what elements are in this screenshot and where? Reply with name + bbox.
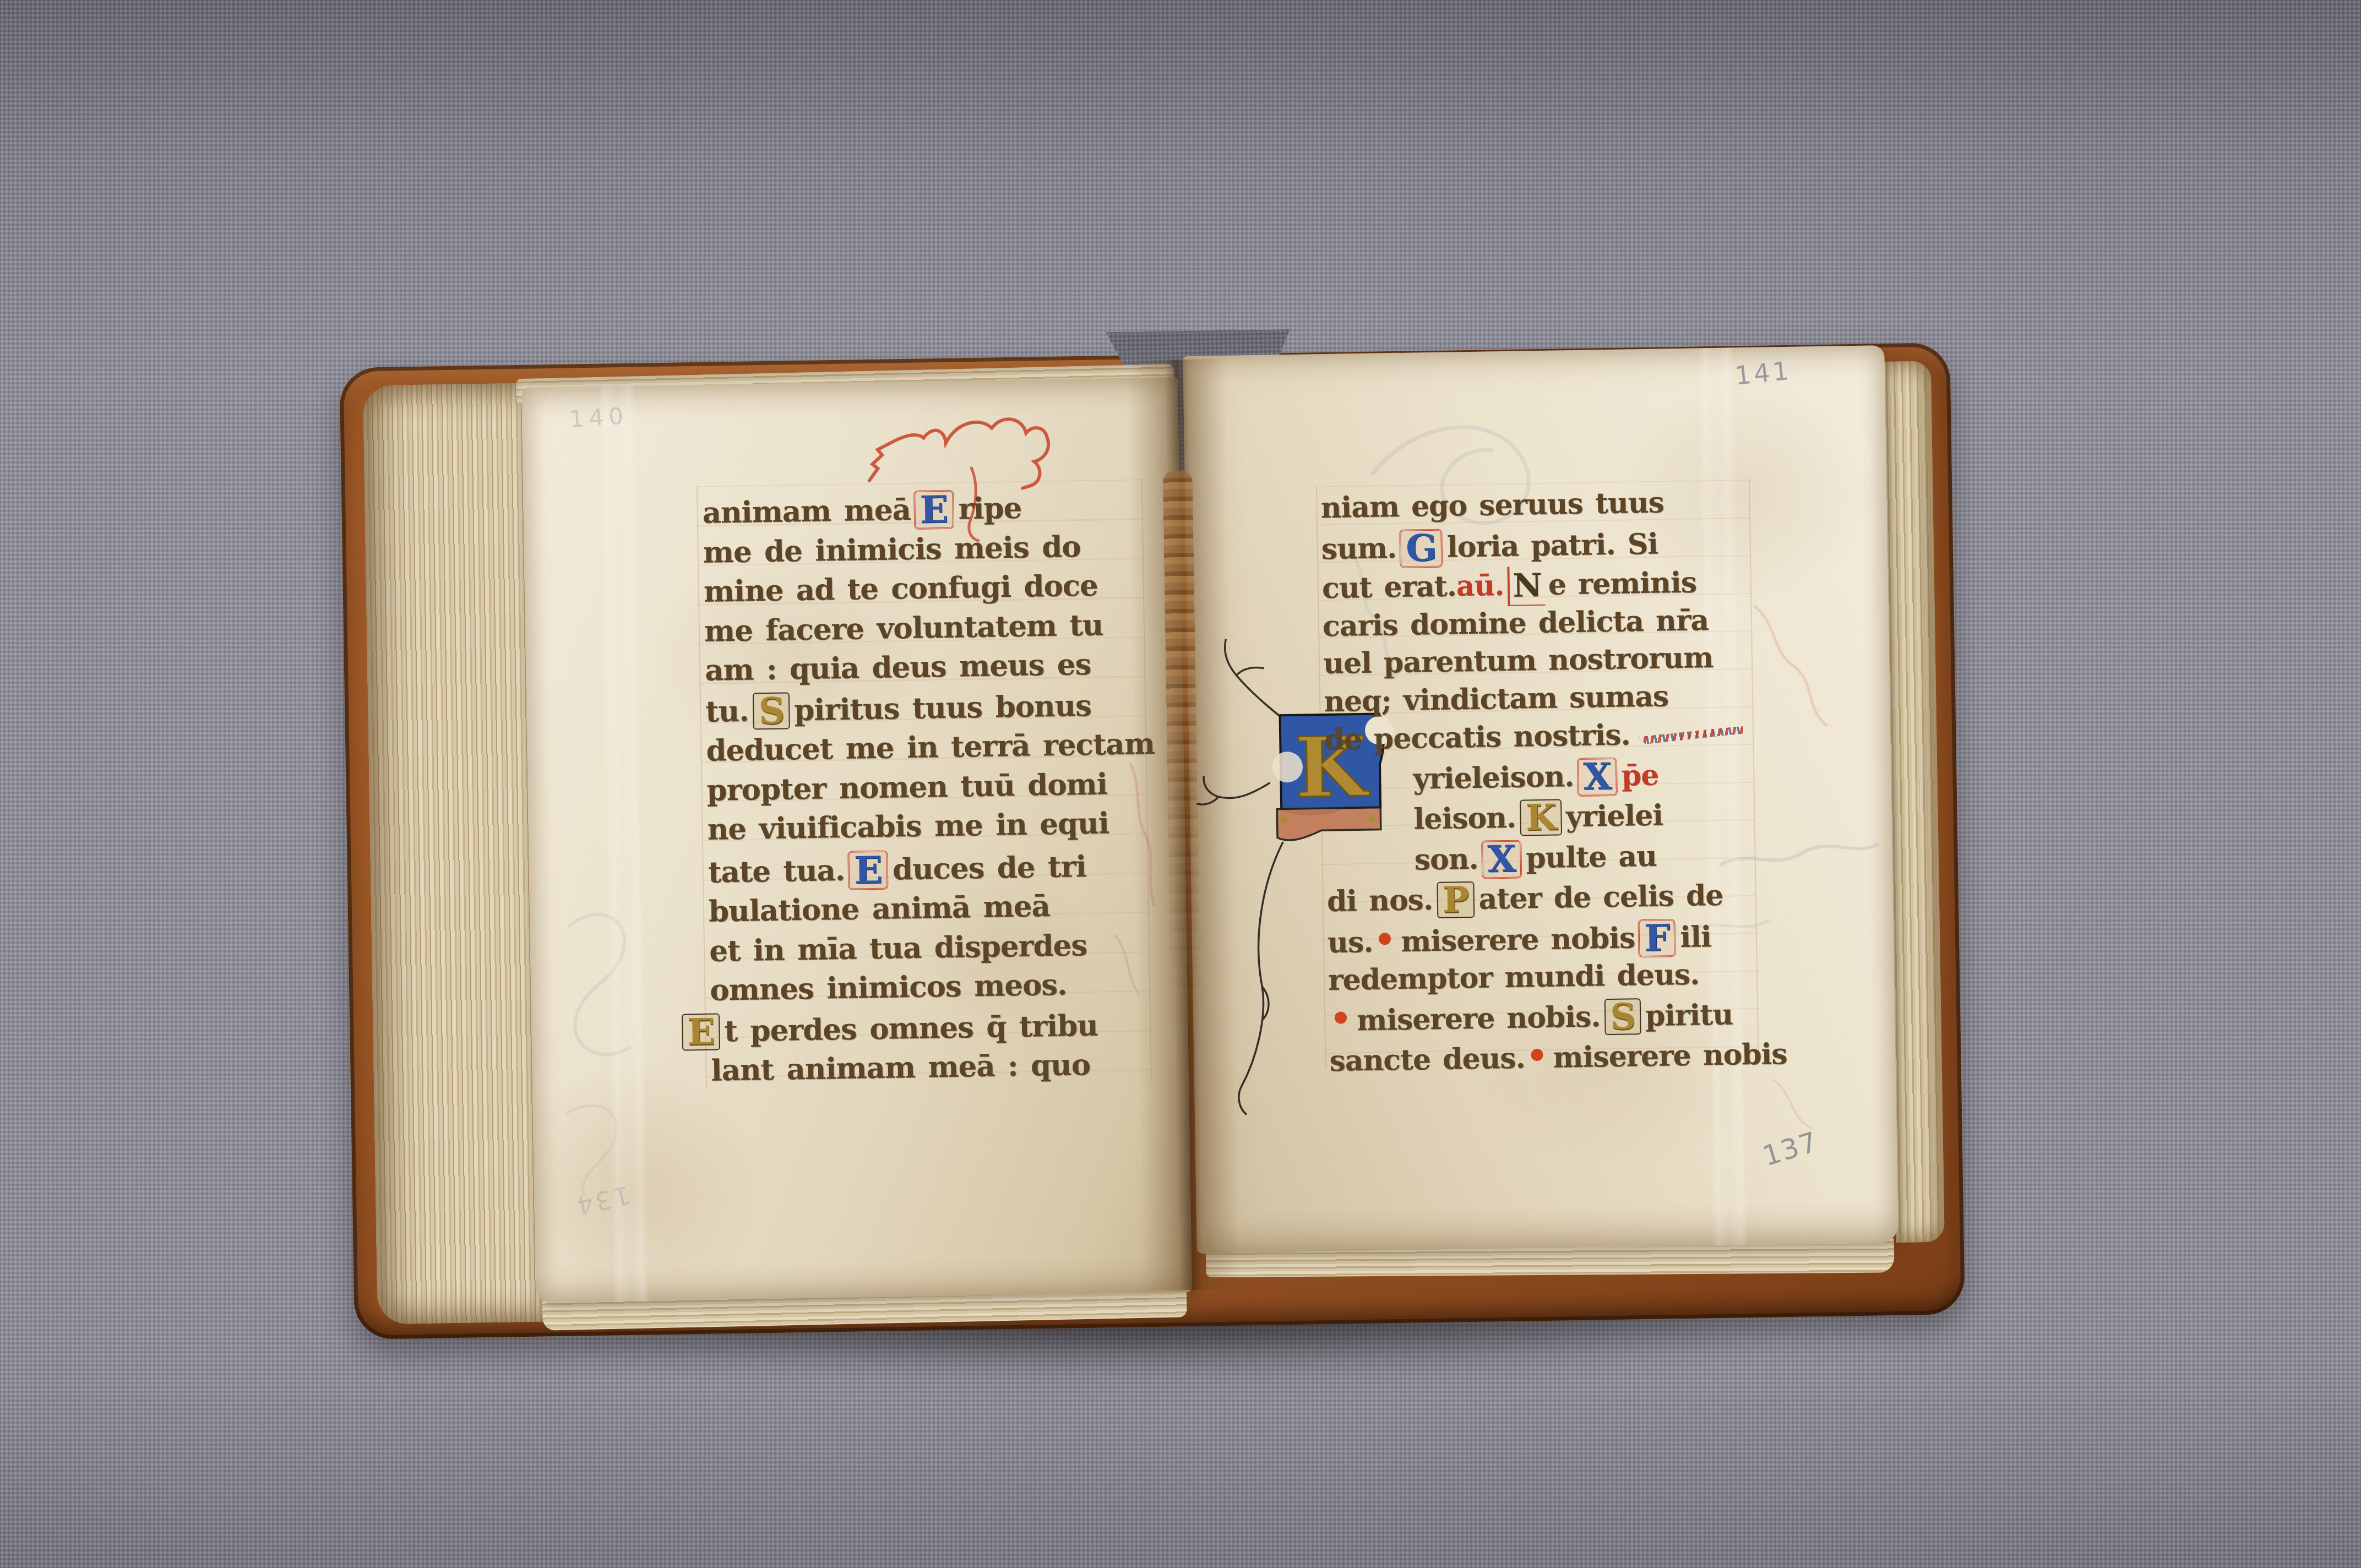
text-run: sum. bbox=[1321, 531, 1396, 566]
text-run: yrieleison. bbox=[1413, 760, 1574, 796]
text-run: cut erat. bbox=[1321, 569, 1456, 605]
manuscript-line: ne viuificabis me in equi bbox=[707, 803, 1148, 850]
illuminated-initial-blue: X bbox=[1481, 840, 1522, 879]
manuscript-line: bulatione animā meā bbox=[708, 885, 1149, 932]
text-run: lant animam meā : quo bbox=[711, 1048, 1090, 1088]
illuminated-initial-blue: E bbox=[913, 490, 954, 530]
text-run: omnes inimicos meos. bbox=[710, 968, 1067, 1008]
penwork-line-filler bbox=[1639, 726, 1743, 744]
rubric-text: p̄e bbox=[1621, 759, 1658, 793]
text-run: loria patri. Si bbox=[1446, 527, 1658, 564]
manuscript-line: animam meāEripe bbox=[702, 483, 1143, 533]
paraph-mark: • bbox=[1526, 1035, 1548, 1076]
manuscript-line: •miserere nobis.Spiritu bbox=[1329, 993, 1759, 1041]
illuminated-initial-gold: E bbox=[682, 1013, 720, 1050]
penwork-initial: N bbox=[1507, 567, 1545, 606]
text-run: ater de celis de bbox=[1478, 879, 1723, 916]
text-run: leison. bbox=[1413, 801, 1516, 836]
text-run: miserere nobis. bbox=[1357, 1000, 1601, 1037]
pencil-folio-number-top-left: 140 bbox=[568, 402, 629, 433]
manuscript-line: sum.Gloria patri. Si bbox=[1321, 520, 1751, 568]
text-run: duces de tri bbox=[892, 849, 1086, 886]
manuscript-line: am : quia deus meus es bbox=[705, 644, 1146, 690]
manuscript-line: propter nomen tuū domi bbox=[706, 764, 1147, 810]
text-run: et in mīa tua disperdes bbox=[709, 928, 1087, 968]
rubric-text: aū. bbox=[1456, 569, 1504, 603]
manuscript-line: tate tua.Educes de tri bbox=[708, 843, 1149, 892]
manuscript-line: yrieleison.Xp̄e bbox=[1325, 752, 1755, 800]
illuminated-initial-blue: E bbox=[848, 850, 889, 890]
text-run: uel parentum nostrorum bbox=[1323, 641, 1713, 680]
text-run: us. bbox=[1328, 925, 1373, 959]
text-block-right: niam ego seruus tuussum.Gloria patri. Si… bbox=[1320, 483, 1759, 1081]
manuscript-line: caris domine delicta nr̄a bbox=[1323, 601, 1753, 646]
text-run: redemptor mundi deus. bbox=[1328, 958, 1700, 998]
illuminated-initial-blue: G bbox=[1400, 529, 1443, 568]
text-run: animam meā bbox=[702, 493, 911, 530]
paraph-mark: • bbox=[1374, 919, 1396, 960]
illuminated-initial-gold: P bbox=[1437, 881, 1475, 918]
manuscript-line: neq; vindictam sumas bbox=[1324, 677, 1754, 721]
manuscript-line: us.•miserere nobisFili bbox=[1327, 914, 1757, 962]
text-run: miserere nobis bbox=[1553, 1037, 1787, 1075]
text-run: me de inimicis meis do bbox=[703, 530, 1081, 570]
text-run: t perdes omnes q̄ tribu bbox=[724, 1008, 1098, 1048]
manuscript-line: et in mīa tua disperdes bbox=[709, 925, 1150, 971]
manuscript-line: me facere voluntatem tu bbox=[704, 605, 1145, 651]
text-run: sancte deus. bbox=[1329, 1042, 1525, 1079]
manuscript-line: sancte deus.•miserere nobis bbox=[1329, 1033, 1759, 1081]
text-run: di nos. bbox=[1326, 883, 1433, 918]
text-run: neq; vindictam sumas bbox=[1324, 679, 1669, 718]
manuscript-line: mine ad te confugi doce bbox=[703, 565, 1144, 612]
text-run: me facere voluntatem tu bbox=[704, 608, 1103, 648]
film-strip bbox=[599, 386, 649, 1302]
manuscript-line: uel parentum nostrorum bbox=[1323, 639, 1753, 683]
text-run: bulatione animā meā bbox=[709, 889, 1051, 929]
text-run: ne viuificabis me in equi bbox=[707, 806, 1109, 846]
pencil-folio-number-bottom-right: 137 bbox=[1759, 1125, 1822, 1172]
text-run: piritu bbox=[1645, 998, 1733, 1032]
text-run: ripe bbox=[958, 491, 1022, 526]
manuscript-line: de peccatis nostris. bbox=[1324, 714, 1754, 759]
manuscript-line: redemptor mundi deus. bbox=[1328, 955, 1758, 1000]
manuscript-line: cut erat.aū.Ne reminis bbox=[1321, 562, 1751, 608]
manuscript-line: leison.Kyrielei bbox=[1325, 793, 1755, 840]
text-run: miserere nobis bbox=[1401, 921, 1635, 959]
manuscript-book: 140 134 141 137 bbox=[334, 329, 1973, 1345]
manuscript-line: omnes inimicos meos. bbox=[710, 964, 1151, 1010]
manuscript-line: lant animam meā : quo bbox=[711, 1044, 1152, 1091]
manuscript-line: Et perdes omnes q̄ tribu bbox=[710, 1004, 1151, 1052]
illuminated-initial-gold: S bbox=[1604, 998, 1641, 1035]
text-run: mine ad te confugi doce bbox=[703, 569, 1098, 609]
illuminated-initial-blue: X bbox=[1577, 758, 1618, 797]
manuscript-line: tu.Spiritus tuus bonus bbox=[705, 684, 1146, 732]
text-run: deducet me in terrā rectam bbox=[706, 727, 1155, 768]
illuminated-initial-gold: K bbox=[1520, 799, 1562, 836]
illuminated-initial-blue: F bbox=[1638, 919, 1676, 958]
text-run: piritus tuus bonus bbox=[794, 688, 1092, 727]
manuscript-line: me de inimicis meis do bbox=[703, 526, 1144, 573]
pencil-folio-number-top-right: 141 bbox=[1733, 355, 1793, 390]
text-block-left: animam meāEripeme de inimicis meis domin… bbox=[702, 483, 1152, 1091]
text-run: de peccatis nostris. bbox=[1324, 718, 1630, 756]
text-run: pulte au bbox=[1526, 840, 1657, 875]
text-run: tate tua. bbox=[708, 853, 845, 889]
text-run: caris domine delicta nr̄a bbox=[1323, 603, 1709, 643]
text-run: yrielei bbox=[1566, 798, 1663, 834]
manuscript-line: di nos.Pater de celis de bbox=[1326, 874, 1756, 921]
text-run: propter nomen tuū domi bbox=[706, 767, 1107, 807]
pencil-folio-number-bottom-left: 134 bbox=[572, 1180, 633, 1222]
text-run: ili bbox=[1680, 920, 1711, 954]
text-run: e reminis bbox=[1548, 566, 1696, 602]
text-run: am : quia deus meus es bbox=[705, 647, 1091, 688]
manuscript-line: niam ego seruus tuus bbox=[1320, 483, 1750, 527]
paraph-mark: • bbox=[1330, 998, 1352, 1039]
illuminated-initial-gold: S bbox=[753, 692, 790, 729]
text-run: son. bbox=[1414, 842, 1478, 877]
text-run: niam ego seruus tuus bbox=[1320, 486, 1664, 525]
manuscript-line: son.Xpulte au bbox=[1326, 833, 1756, 881]
text-run: tu. bbox=[705, 694, 749, 728]
